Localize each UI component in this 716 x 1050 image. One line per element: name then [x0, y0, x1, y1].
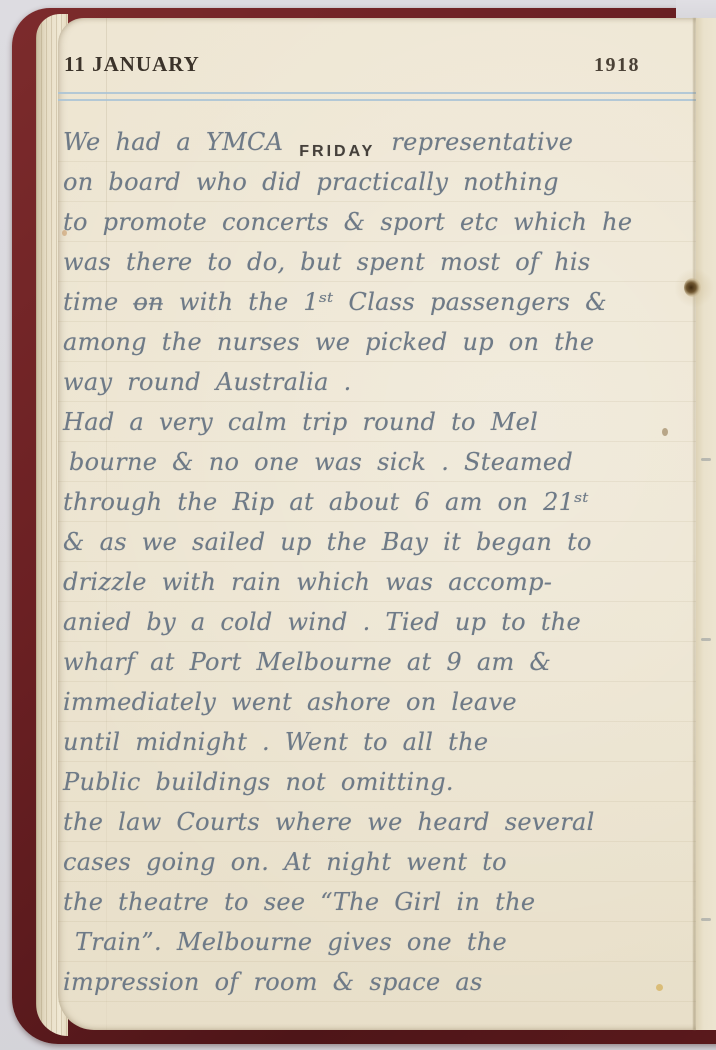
ink-fragment [701, 918, 711, 921]
handwriting-line: Train”. Melbourne gives one the [63, 922, 702, 962]
handwriting-line: & as we sailed up the Bay it began to [63, 522, 702, 562]
handwriting-line: anied by a cold wind . Tied up to the [63, 602, 702, 642]
next-page-sliver [696, 18, 716, 1030]
year-label: 1918 [594, 54, 640, 77]
handwriting-line: to promote concerts & sport etc which he [63, 202, 702, 242]
handwriting-segment: representative [391, 122, 573, 162]
day-label: FRIDAY [299, 143, 375, 161]
diary-photograph: 11 JANUARY 1918 We had a YMCA FRIDAY rep… [0, 0, 716, 1050]
paper-spot [656, 984, 663, 991]
handwriting-line: wharf at Port Melbourne at 9 am & [63, 642, 702, 682]
handwriting-segment: We had a YMCA [63, 122, 283, 162]
handwriting-line: impression of room & space as [63, 962, 702, 1002]
handwriting-line: drizzle with rain which was accomp- [63, 562, 702, 602]
handwriting-line: cases going on. At night went to [63, 842, 702, 882]
handwriting-line: We had a YMCA FRIDAY representative [63, 122, 702, 162]
paper-spot [662, 428, 668, 436]
handwriting-line: time o̶n̶ with the 1ˢᵗ Class passengers … [63, 282, 702, 322]
ink-fragment [701, 638, 711, 641]
handwriting-line: on board who did practically nothing [63, 162, 702, 202]
handwriting-line: Had a very calm trip round to Mel [63, 402, 702, 442]
handwriting-line: bourne & no one was sick . Steamed [63, 442, 702, 482]
handwriting-line: the theatre to see “The Girl in the [63, 882, 702, 922]
handwriting-line: until midnight . Went to all the [63, 722, 702, 762]
date-label: 11 JANUARY [64, 52, 200, 77]
header-rule [58, 92, 716, 101]
handwriting-line: immediately went ashore on leave [63, 682, 702, 722]
handwriting-line: Public buildings not omitting. [63, 762, 702, 802]
handwriting-line: way round Australia . [63, 362, 702, 402]
handwriting-line: was there to do, but spent most of his [63, 242, 702, 282]
paper-spot [62, 230, 67, 236]
handwriting-line: through the Rip at about 6 am on 21ˢᵗ [63, 482, 702, 522]
handwriting-line: the law Courts where we heard several [63, 802, 702, 842]
handwritten-entry: We had a YMCA FRIDAY representative on b… [63, 122, 702, 1002]
diary-page: 11 JANUARY 1918 We had a YMCA FRIDAY rep… [58, 18, 716, 1030]
ink-fragment [701, 458, 711, 461]
wormhole-stain [684, 278, 701, 297]
page-header: 11 JANUARY 1918 [58, 52, 716, 77]
handwriting-line: among the nurses we picked up on the [63, 322, 702, 362]
